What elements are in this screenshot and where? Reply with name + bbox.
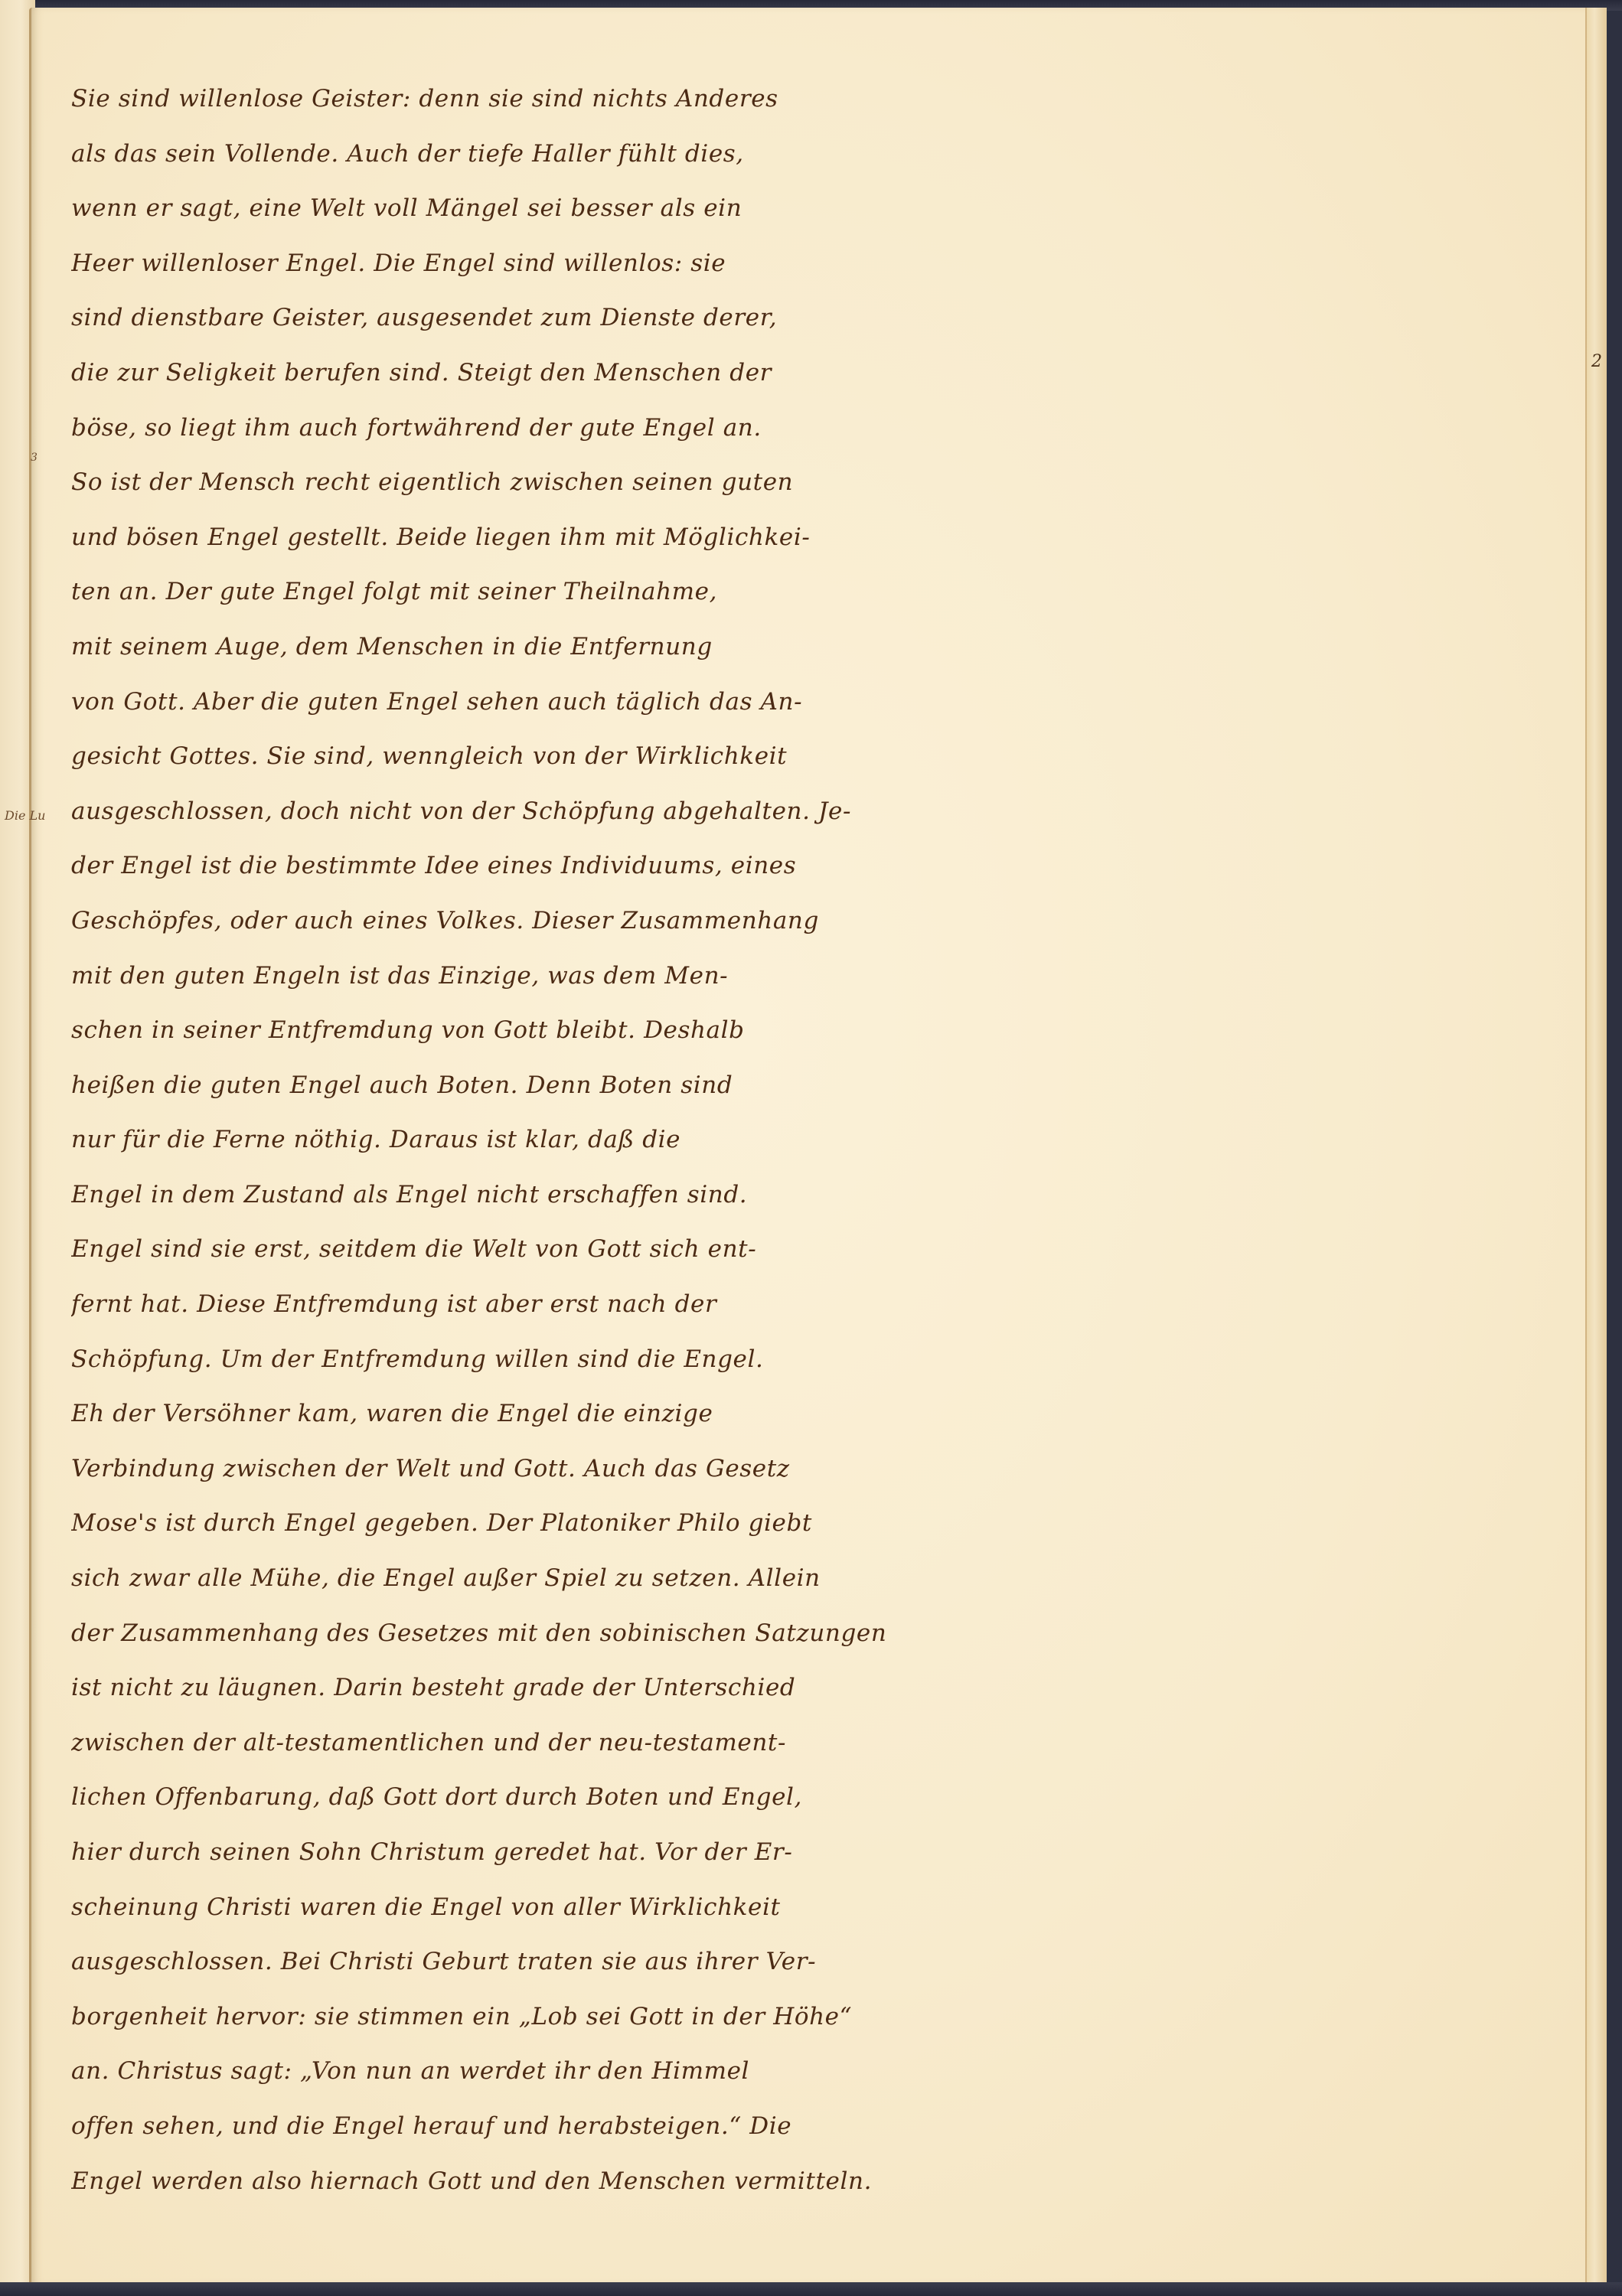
text-line: Engel sind sie erst, seitdem die Welt vo… bbox=[71, 1222, 898, 1277]
text-line: ist nicht zu läugnen. Darin besteht grad… bbox=[71, 1661, 898, 1716]
margin-mark: 3 bbox=[31, 452, 38, 464]
text-line: nur für die Ferne nöthig. Daraus ist kla… bbox=[71, 1113, 898, 1168]
margin-annotation: Die Lu bbox=[5, 808, 45, 823]
text-line: der Zusammenhang des Gesetzes mit den so… bbox=[71, 1606, 898, 1662]
text-line: Mose's ist durch Engel gegeben. Der Plat… bbox=[71, 1496, 898, 1551]
text-line: Sie sind willenlose Geister: denn sie si… bbox=[71, 72, 898, 127]
text-line: Heer willenloser Engel. Die Engel sind w… bbox=[71, 236, 898, 292]
text-line: So ist der Mensch recht eigentlich zwisc… bbox=[71, 455, 898, 510]
text-line: und bösen Engel gestellt. Beide liegen i… bbox=[71, 510, 898, 566]
text-line: mit seinem Auge, dem Menschen in die Ent… bbox=[71, 620, 898, 675]
text-line: ausgeschlossen. Bei Christi Geburt trate… bbox=[71, 1935, 898, 1990]
text-line: als das sein Vollende. Auch der tiefe Ha… bbox=[71, 127, 898, 182]
text-line: heißen die guten Engel auch Boten. Denn … bbox=[71, 1058, 898, 1114]
text-line: offen sehen, und die Engel herauf und he… bbox=[71, 2099, 898, 2154]
text-line: ten an. Der gute Engel folgt mit seiner … bbox=[71, 565, 898, 620]
page-edge-mark: 2 bbox=[1591, 352, 1602, 371]
text-line: zwischen der alt-testamentlichen und der… bbox=[71, 1716, 898, 1771]
text-line: scheinung Christi waren die Engel von al… bbox=[71, 1880, 898, 1936]
text-line: gesicht Gottes. Sie sind, wenngleich von… bbox=[71, 729, 898, 784]
text-line: hier durch seinen Sohn Christum geredet … bbox=[71, 1825, 898, 1880]
page-fore-edge: 2 bbox=[1585, 8, 1607, 2285]
text-line: an. Christus sagt: „Von nun an werdet ih… bbox=[71, 2044, 898, 2099]
text-line: Eh der Versöhner kam, waren die Engel di… bbox=[71, 1387, 898, 1442]
text-line: der Engel ist die bestimmte Idee eines I… bbox=[71, 839, 898, 894]
text-line: borgenheit hervor: sie stimmen ein „Lob … bbox=[71, 1990, 898, 2045]
text-line: Engel werden also hiernach Gott und den … bbox=[71, 2154, 898, 2210]
backdrop-bottom bbox=[0, 2282, 1622, 2296]
manuscript-text: Sie sind willenlose Geister: denn sie si… bbox=[71, 72, 898, 2209]
text-line: ausgeschlossen, doch nicht von der Schöp… bbox=[71, 784, 898, 840]
text-line: sind dienstbare Geister, ausgesendet zum… bbox=[71, 291, 898, 346]
text-line: lichen Offenbarung, daß Gott dort durch … bbox=[71, 1770, 898, 1825]
text-line: fernt hat. Diese Entfremdung ist aber er… bbox=[71, 1277, 898, 1332]
text-line: böse, so liegt ihm auch fortwährend der … bbox=[71, 401, 898, 456]
text-line: schen in seiner Entfremdung von Gott ble… bbox=[71, 1003, 898, 1058]
text-line: sich zwar alle Mühe, die Engel außer Spi… bbox=[71, 1551, 898, 1606]
text-line: Geschöpfes, oder auch eines Volkes. Dies… bbox=[71, 894, 898, 949]
text-line: wenn er sagt, eine Welt voll Mängel sei … bbox=[71, 181, 898, 236]
text-line: von Gott. Aber die guten Engel sehen auc… bbox=[71, 675, 898, 730]
text-line: Schöpfung. Um der Entfremdung willen sin… bbox=[71, 1332, 898, 1388]
text-line: Verbindung zwischen der Welt und Gott. A… bbox=[71, 1442, 898, 1497]
text-line: mit den guten Engeln ist das Einzige, wa… bbox=[71, 949, 898, 1004]
text-line: die zur Seligkeit berufen sind. Steigt d… bbox=[71, 346, 898, 401]
manuscript-page: 2 Sie sind willenlose Geister: denn sie … bbox=[29, 8, 1607, 2285]
text-line: Engel in dem Zustand als Engel nicht ers… bbox=[71, 1168, 898, 1223]
